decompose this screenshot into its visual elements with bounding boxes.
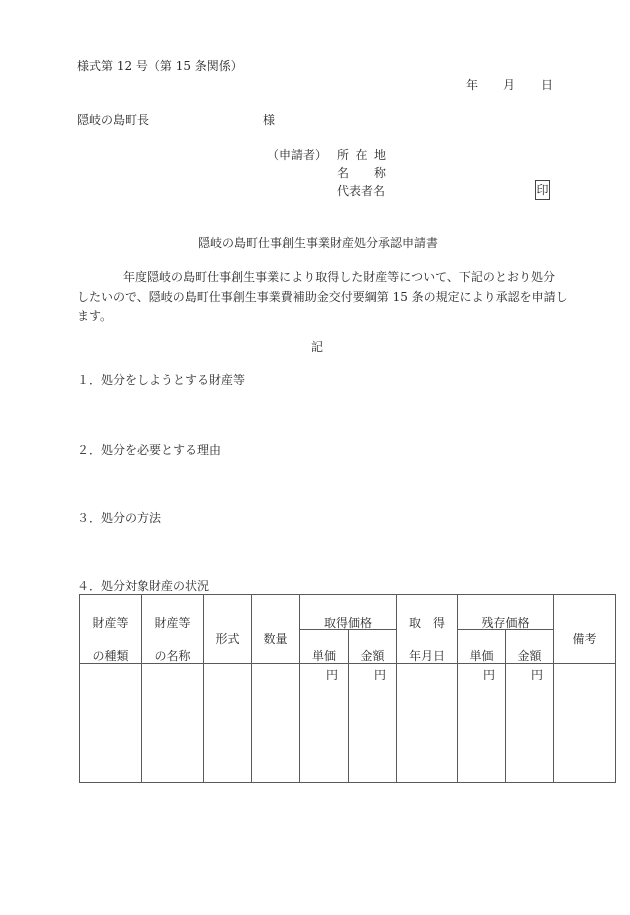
header-acquisition-price: 取得価格	[300, 595, 397, 630]
table-header-row-1: 財産等 の種類 財産等 の名称 形式 数量 取得価格 取 得 年月日 残存価格	[80, 595, 616, 630]
ki-heading: 記	[311, 340, 323, 354]
header-residual-unit-price: 単価	[458, 630, 506, 664]
addressee-name: 隠岐の島町長	[77, 113, 149, 127]
cell-form[interactable]	[204, 664, 252, 783]
header-property-name: 財産等 の名称	[142, 595, 204, 664]
body-line-3: ます。	[77, 309, 112, 323]
applicant-label: （申請者）	[267, 148, 327, 162]
body-line-1: 年度隠岐の島町仕事創生事業により取得した財産等について、下記のとおり処分	[123, 270, 555, 284]
yen-unit: 円	[531, 668, 543, 682]
cell-remarks[interactable]	[554, 664, 616, 783]
header-acquisition-date: 取 得 年月日	[397, 595, 458, 664]
section-4-label: 処分対象財産の状況	[101, 579, 209, 593]
cell-residual-unit-price[interactable]: 円	[458, 664, 506, 783]
cell-residual-amount[interactable]: 円	[506, 664, 554, 783]
header-quantity: 数量	[252, 595, 300, 664]
header-acquisition-unit-price: 単価	[300, 630, 349, 664]
name-label: 名称	[337, 166, 411, 180]
header-residual-amount: 金額	[506, 630, 554, 664]
cell-property-type[interactable]	[80, 664, 142, 783]
cell-acquisition-date[interactable]	[397, 664, 458, 783]
table-row: 円 円 円 円	[80, 664, 616, 783]
section-3-number: ３．	[77, 511, 101, 525]
yen-unit: 円	[326, 668, 338, 682]
header-form: 形式	[204, 595, 252, 664]
seal-box: 印	[535, 180, 550, 200]
property-status-table: 財産等 の種類 財産等 の名称 形式 数量 取得価格 取 得 年月日 残存価格	[79, 594, 616, 783]
date-day-label: 日	[541, 78, 553, 92]
section-4: ４．処分対象財産の状況	[77, 579, 209, 593]
section-1-number: １．	[77, 373, 101, 387]
section-3-label: 処分の方法	[101, 511, 161, 525]
form-number: 様式第 12 号（第 15 条関係）	[77, 59, 243, 73]
cell-acquisition-unit-price[interactable]: 円	[300, 664, 349, 783]
section-1-label: 処分をしようとする財産等	[101, 373, 245, 387]
header-residual-value: 残存価格	[458, 595, 554, 630]
header-acquisition-amount: 金額	[349, 630, 397, 664]
address-label: 所在地	[337, 148, 393, 162]
section-2-number: ２．	[77, 443, 101, 457]
yen-unit: 円	[483, 668, 495, 682]
header-remarks: 備考	[554, 595, 616, 664]
section-4-number: ４．	[77, 579, 101, 593]
section-2: ２．処分を必要とする理由	[77, 443, 221, 457]
document-title: 隠岐の島町仕事創生事業財産処分承認申請書	[198, 236, 438, 250]
cell-acquisition-amount[interactable]: 円	[349, 664, 397, 783]
body-line-2: したいので、隠岐の島町仕事創生事業費補助金交付要綱第 15 条の規定により承認を…	[77, 290, 555, 304]
addressee-honorific: 様	[263, 113, 275, 127]
cell-property-name[interactable]	[142, 664, 204, 783]
date-month-label: 月	[503, 78, 515, 92]
date-year-label: 年	[466, 78, 478, 92]
yen-unit: 円	[374, 668, 386, 682]
representative-label: 代表者名	[337, 184, 385, 198]
header-property-type: 財産等 の種類	[80, 595, 142, 664]
cell-quantity[interactable]	[252, 664, 300, 783]
section-1: １．処分をしようとする財産等	[77, 373, 245, 387]
section-3: ３．処分の方法	[77, 511, 161, 525]
section-2-label: 処分を必要とする理由	[101, 443, 221, 457]
